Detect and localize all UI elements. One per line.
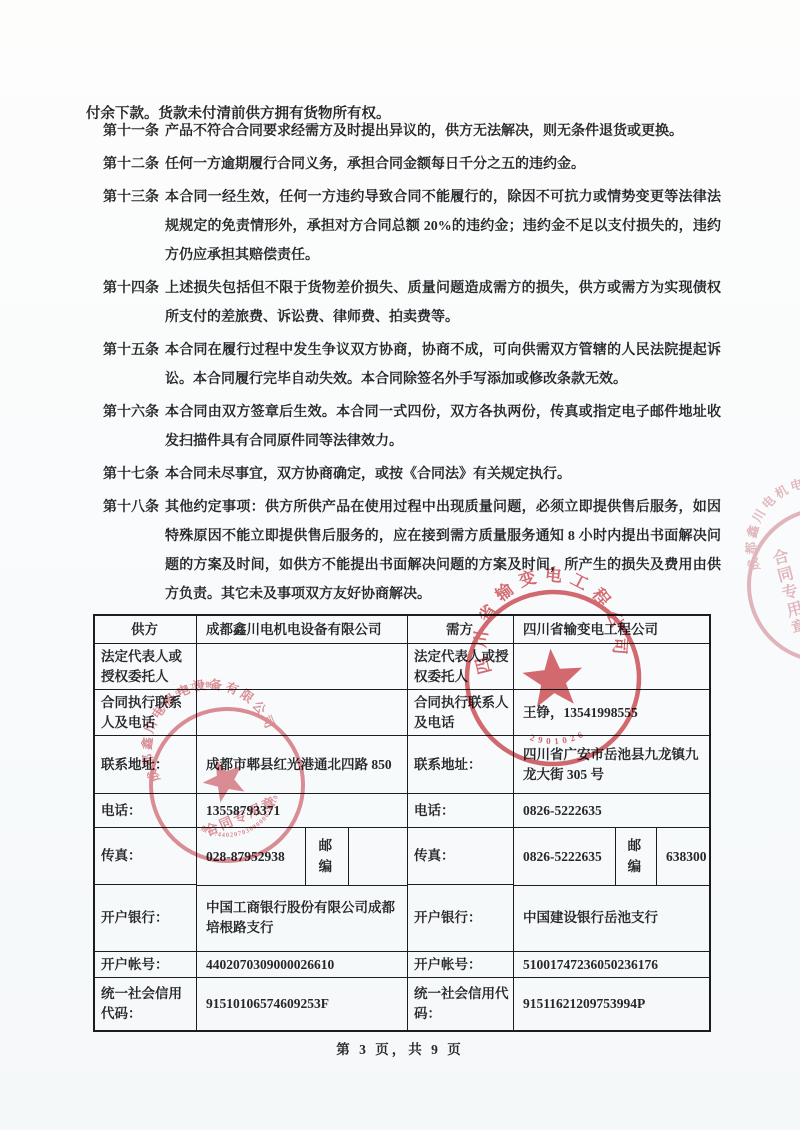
edge-contract-seal: 成都鑫川电机电设备有限公司 64292 合同专用章 — [721, 481, 800, 689]
clause-number: 第十六条 — [103, 398, 165, 456]
buyer-fax-group: 0826-5222635 邮编 638300 — [514, 828, 709, 886]
supplier-party-label: 供方 — [95, 616, 197, 644]
supplier-postal — [349, 828, 407, 885]
clause-text: 其他约定事项：供方所供产品在使用过程中出现质量问题，必须立即提供售后服务，如因特… — [165, 493, 721, 609]
supplier-postal-label: 邮编 — [306, 828, 349, 885]
seal-company-text: 成都鑫川电机电设备有限公司 — [727, 459, 800, 573]
supplier-legal-rep-value — [197, 644, 408, 690]
clause-text: 本合同由双方签章后生效。本合同一式四份，双方各执两份，传真或指定电子邮件地址收发… — [165, 398, 721, 456]
buyer-credit-code: 91511621209753994P — [514, 978, 709, 1030]
buyer-postal: 638300 — [657, 828, 709, 885]
supplier-bank: 中国工商银行股份有限公司成都培根路支行 — [197, 885, 408, 952]
clause-text: 任何一方逾期履行合同义务，承担合同金额每日千分之五的违约金。 — [165, 150, 721, 179]
clause-number: 第十四条 — [103, 274, 165, 332]
buyer-name: 四川省输变电工程公司 — [514, 616, 709, 644]
clause-item: 第十八条 其他约定事项：供方所供产品在使用过程中出现质量问题，必须立即提供售后服… — [103, 493, 721, 609]
clause-item: 第十四条 上述损失包括但不限于货物差价损失、质量问题造成需方的损失，供方或需方为… — [103, 274, 721, 332]
supplier-credit-code: 91510106574609253F — [197, 978, 408, 1030]
clause-text: 上述损失包括但不限于货物差价损失、质量问题造成需方的损失，供方或需方为实现债权所… — [165, 274, 721, 332]
clause-number: 第十二条 — [103, 150, 165, 179]
clause-item: 第十二条 任何一方逾期履行合同义务，承担合同金额每日千分之五的违约金。 — [103, 150, 721, 179]
page-footer: 第 3 页，共 9 页 — [0, 1038, 800, 1058]
buyer-bank-label: 开户银行： — [408, 885, 514, 952]
svg-text:成都鑫川电机电设备有限公司: 成都鑫川电机电设备有限公司 — [727, 459, 800, 573]
buyer-account: 51001747236050236176 — [514, 952, 709, 978]
clause-text: 本合同一经生效，任何一方违约导致合同不能履行的，除因不可抗力或情势变更等法律法规… — [165, 183, 721, 270]
seal-title-text: 合同专用章 — [766, 546, 800, 639]
seal-ring — [732, 492, 800, 678]
supplier-bank-label: 开户银行： — [95, 885, 197, 952]
buyer-credit-code-label: 统一社会信用代码： — [408, 978, 514, 1030]
clause-number: 第十一条 — [103, 117, 165, 146]
clause-item: 第十六条 本合同由双方签章后生效。本合同一式四份，双方各执两份，传真或指定电子邮… — [103, 398, 721, 456]
supplier-fax-group: 028-87952938 邮编 — [197, 828, 408, 886]
clause-text: 本合同在履行过程中发生争议双方协商，协商不成，可向供需双方管辖的人民法院提起诉讼… — [165, 336, 721, 394]
scanned-contract-page: 付余下款。货款未付清前供方拥有货物所有权。 第十一条 产品不符合合同要求经需方及… — [0, 0, 800, 1130]
buyer-postal-label: 邮编 — [616, 828, 657, 885]
clause-text: 产品不符合合同要求经需方及时提出异议的，供方无法解决，则无条件退货或更换。 — [165, 117, 721, 146]
clause-list: 第十一条 产品不符合合同要求经需方及时提出异议的，供方无法解决，则无条件退货或更… — [103, 117, 721, 613]
supplier-account-label: 开户帐号： — [95, 952, 197, 978]
buyer-fax: 0826-5222635 — [514, 828, 616, 885]
supplier-phone-label: 电话： — [95, 794, 197, 828]
supplier-contact-label: 合同执行联系人及电话 — [95, 690, 197, 736]
buyer-contact-label: 合同执行联系人及电话 — [408, 690, 514, 736]
buyer-phone-label: 电话： — [408, 794, 514, 828]
buyer-address-label: 联系地址： — [408, 736, 514, 794]
buyer-contact-value: 王铮，13541998555 — [514, 690, 709, 736]
clause-item: 第十一条 产品不符合合同要求经需方及时提出异议的，供方无法解决，则无条件退货或更… — [103, 117, 721, 146]
buyer-party-label: 需方 — [408, 616, 514, 644]
supplier-fax: 028-87952938 — [197, 828, 306, 885]
supplier-fax-label: 传真： — [95, 828, 197, 885]
clause-number: 第十三条 — [103, 183, 165, 270]
clause-item: 第十三条 本合同一经生效，任何一方违约导致合同不能履行的，除因不可抗力或情势变更… — [103, 183, 721, 270]
supplier-account: 4402070309000026610 — [197, 952, 408, 978]
clause-number: 第十八条 — [103, 493, 165, 609]
supplier-legal-rep-label: 法定代表人或授权委托人 — [95, 644, 197, 690]
clause-item: 第十七条 本合同未尽事宜，双方协商确定，或按《合同法》有关规定执行。 — [103, 460, 721, 489]
clause-number: 第十五条 — [103, 336, 165, 394]
supplier-name: 成都鑫川电机电设备有限公司 — [197, 616, 408, 644]
clause-item: 第十五条 本合同在履行过程中发生争议双方协商，协商不成，可向供需双方管辖的人民法… — [103, 336, 721, 394]
supplier-address-label: 联系地址： — [95, 736, 197, 794]
buyer-phone: 0826-5222635 — [514, 794, 709, 828]
buyer-bank: 中国建设银行岳池支行 — [514, 885, 709, 952]
buyer-legal-rep-value — [514, 644, 709, 690]
supplier-address: 成都市郫县红光港通北四路 850 — [197, 736, 408, 794]
parties-table: 供方 成都鑫川电机电设备有限公司 需方 四川省输变电工程公司 法定代表人或授权委… — [93, 614, 711, 1032]
buyer-account-label: 开户帐号： — [408, 952, 514, 978]
supplier-phone: 13558793371 — [197, 794, 408, 828]
buyer-address: 四川省广安市岳池县九龙镇九龙大街 305 号 — [514, 736, 709, 794]
buyer-legal-rep-label: 法定代表人或授权委托人 — [408, 644, 514, 690]
supplier-credit-code-label: 统一社会信用代码： — [95, 978, 197, 1030]
buyer-fax-label: 传真： — [408, 828, 514, 885]
clause-text: 本合同未尽事宜，双方协商确定，或按《合同法》有关规定执行。 — [165, 460, 721, 489]
clause-number: 第十七条 — [103, 460, 165, 489]
supplier-contact-value — [197, 690, 408, 736]
